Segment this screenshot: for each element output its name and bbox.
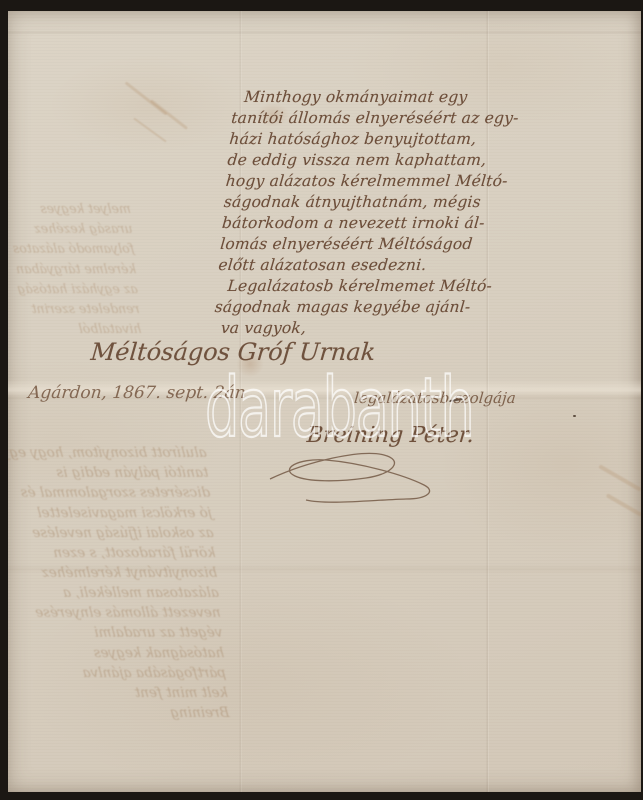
bleed-line: kelt mint fent [23, 683, 229, 703]
bleed-line: végett az uradalmi [17, 623, 223, 643]
body-line: hogy alázatos kérelmemmel Méltó- [225, 171, 533, 192]
bleed-line: az egyházi hatóság [25, 279, 139, 299]
bleed-line: nevezett állomás elnyerése [16, 603, 222, 623]
signature: Breining Péter. [306, 423, 475, 448]
bleed-line: kérelme tárgyában [23, 259, 137, 279]
stain [150, 99, 188, 130]
bleed-line: tanítói pályán eddig is [8, 463, 209, 483]
letter-body: Minthogy okmányaimat egy tanítói állomás… [212, 87, 540, 339]
horizontal-crease-lower [8, 564, 641, 574]
horizontal-crease-top [8, 31, 641, 34]
bleed-line: bizonyítványt kérelméhez [12, 563, 218, 583]
address-line: Méltóságos Gróf Urnak [90, 338, 377, 366]
bleed-line: alázatosan mellékeli, a [14, 583, 220, 603]
letter-paper: melyet kegyesuraság kezéhezfolyamodó alá… [8, 11, 641, 792]
body-line: lomás elnyeréséért Méltóságod [219, 234, 527, 255]
bleed-line: Breining [24, 703, 230, 723]
body-line: bátorkodom a nevezett irnoki ál- [221, 213, 529, 234]
closing-line: legalázatosb szolgája [353, 389, 516, 407]
bleed-line: jó erkölcsi magaviselettel [8, 503, 213, 523]
stain [125, 81, 168, 115]
signature-flourish [266, 447, 444, 517]
body-line: de eddig vissza nem kaphattam, [227, 150, 535, 171]
bleed-line: dicséretes szorgalommal és [8, 483, 211, 503]
scanned-letter: melyet kegyesuraság kezéhezfolyamodó alá… [0, 0, 643, 800]
bleed-line: folyamodó alázatos [21, 239, 135, 259]
ink-speck [573, 415, 576, 417]
bleed-line: az oskolai ifjúság nevelése [9, 523, 215, 543]
body-line: tanítói állomás elnyeréséért az egy- [230, 108, 538, 129]
bleed-line: körül fáradozott, s ezen [11, 543, 217, 563]
date-line: Agárdon, 1867. sept. 2án [27, 383, 246, 403]
bleed-line: uraság kezéhez [20, 219, 134, 239]
stain [598, 464, 641, 491]
bleed-line: alulírott bizonyítom, hogy egy [8, 443, 208, 463]
stain [133, 117, 167, 142]
body-line: előtt alázatosan esedezni. [217, 255, 525, 276]
bleedthrough-bottom: alulírott bizonyítom, hogy egytanítói pá… [8, 443, 230, 723]
body-line: va vagyok, [212, 318, 520, 339]
body-line: ságodnak magas kegyébe ajánl- [214, 297, 522, 318]
stain [606, 493, 641, 516]
body-line: Minthogy okmányaimat egy [232, 87, 540, 108]
bleedthrough-left: melyet kegyesuraság kezéhezfolyamodó alá… [18, 199, 142, 339]
bleed-line: hivatalból [28, 319, 142, 339]
bleed-line: pártfogásába ajánlva [21, 663, 227, 683]
bleed-line: hatóságnak kegyes [19, 643, 225, 663]
body-line: ságodnak átnyujthatnám, mégis [223, 192, 531, 213]
bleed-line: rendelete szerint [27, 299, 141, 319]
bleed-line: melyet kegyes [18, 199, 132, 219]
body-line: házi hatósághoz benyujtottam, [228, 129, 536, 150]
body-line: Legalázatosb kérelmemet Méltó- [216, 276, 524, 297]
